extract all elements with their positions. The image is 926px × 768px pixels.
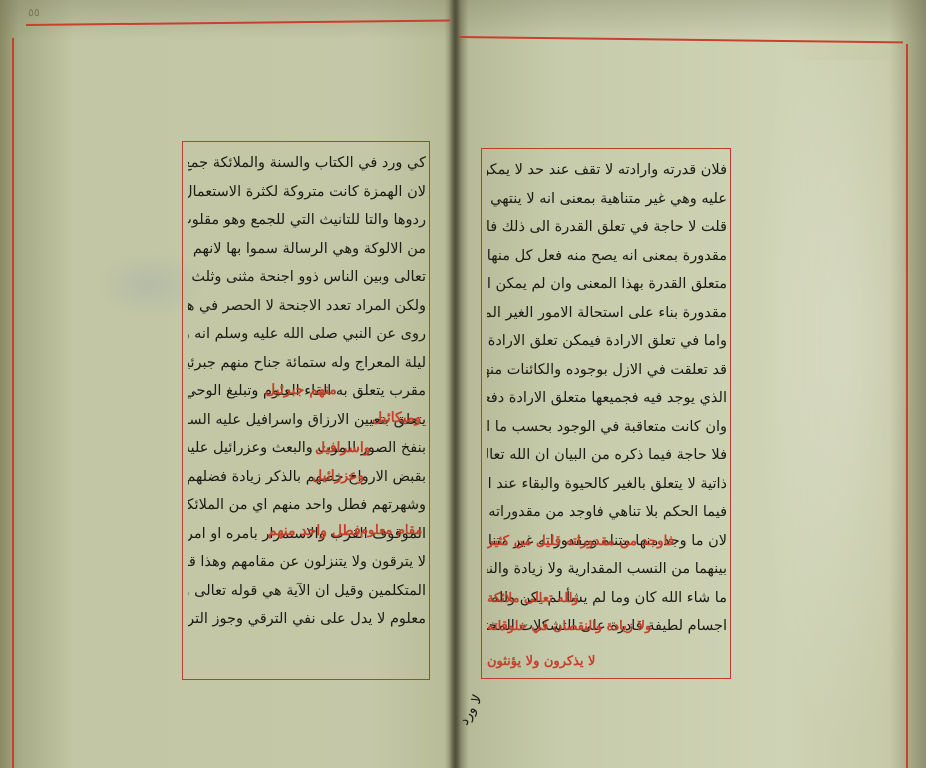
rubric: وعزرائيل	[312, 462, 364, 491]
text-line: بينهما من النسب المقدارية ولا زيادة والن…	[487, 555, 727, 584]
text-line: مقدورة بمعنى انه يصح منه فعل كل منها وتر…	[487, 242, 727, 271]
text-line: بقبض الارواح خصهم بالذكر زيادة فضلهم وشر…	[188, 463, 426, 492]
text-line: ذاتية لا يتعلق بالغير كالحيوة والبقاء عن…	[487, 470, 727, 499]
outer-rule-left	[12, 38, 14, 768]
text-line: الذي يوجد فيه فجميعها متعلق الارادة دفعة…	[487, 384, 727, 413]
manuscript-photo: ٥٥ كي ورد في الكتاب والسنة والملائكة جمع…	[0, 0, 926, 768]
text-line: قد تعلقت في الازل بوجوده والكائنات منها …	[487, 356, 727, 385]
text-line: وان كانت متعاقبة في الوجود بحسب ما اقتضا…	[487, 413, 727, 442]
rubric: ولا زيادة والنقصان في خلوقاته	[487, 613, 651, 642]
text-line: معلوم لا يدل على نفي الترقي وجوز الترقي …	[188, 605, 426, 634]
rubric: مقام معلوم	[360, 517, 422, 546]
rubric: منهم جبرئيل	[265, 376, 337, 405]
rubric: فطل واحد منهم	[268, 517, 361, 546]
text-line: عليه وهي غير متناهية بمعنى انه لا ينتهي …	[487, 185, 727, 214]
text-line: فلان قدرته وارادته لا تقف عند حد لا يمكن…	[487, 156, 727, 185]
text-line: متعلق القدرة بهذا المعنى وان لم يمكن اجت…	[487, 270, 727, 299]
outer-rule-top	[26, 20, 450, 26]
text-line: مقدورة بناء على استحالة الامور الغير الم…	[487, 299, 727, 328]
text-line: كي ورد في الكتاب والسنة والملائكة جمع مل…	[188, 149, 426, 178]
text-line: لا يترقون ولا يتنزلون عن مقامهم وهذا قول…	[188, 548, 426, 577]
text-line-content: ليلة المعراج وله ستمائة جناح منهم جبرئيل…	[188, 355, 426, 371]
text-line: واما في تعلق الارادة فيمكن تعلق الارادة …	[487, 327, 727, 356]
rubric: فاوجد من مقدوراته قليل من كثير	[487, 527, 674, 556]
right-page: فلان قدرته وارادته لا تقف عند حد لا يمكن…	[455, 0, 926, 768]
paper-glare	[755, 60, 905, 760]
rubric: لا يذكرون ولا يؤنثون	[487, 648, 595, 677]
text-line: ليلة المعراج وله ستمائة جناح منهم جبرئيل…	[188, 349, 426, 378]
text-line: ولكن المراد تعدد الاجنحة لا الحصر في هذه…	[188, 292, 426, 321]
outer-rule-right	[906, 44, 908, 768]
left-page: ٥٥ كي ورد في الكتاب والسنة والملائكة جمع…	[0, 0, 455, 768]
text-line: فلا حاجة فيما ذكره من البيان ان الله تعا…	[487, 441, 727, 470]
text-line: وشهرتهم فطل واحد منهم اي من الملائكة مقا…	[188, 491, 426, 520]
folio-number: ٥٥	[28, 6, 40, 19]
catchword: لا ورد	[456, 692, 486, 728]
text-line: من الالوكة وهي الرسالة سموا بها لانهم وس…	[188, 235, 426, 264]
rubric: وميكائيل	[372, 404, 421, 433]
text-line: روى عن النبي صلى الله عليه وسلم انه رأى …	[188, 320, 426, 349]
text-line: ردوها والتا للتانيث التي للجمع وهو مقلوب…	[188, 206, 426, 235]
text-line: المتكلمين وقيل ان الآية هي قوله تعالى وم…	[188, 577, 426, 606]
text-line: فيما الحكم بلا تناهي فاوجد من مقدوراته ق…	[487, 498, 727, 527]
rubric: ولله تعالى ملائكة	[487, 585, 579, 614]
text-line: قلت لا حاجة في تعلق القدرة الى ذلك فان ج…	[487, 213, 727, 242]
text-line: تعالى وبين الناس ذوو اجنحة مثنى وثلث ورب…	[188, 263, 426, 292]
text-line: لان الهمزة كانت متروكة لكثرة الاستعمال ف…	[188, 178, 426, 207]
outer-rule-top	[459, 36, 903, 43]
rubric: واسرافيل	[315, 434, 371, 463]
text-line: بنفخ الصور للموت والبعث وعزرائيل عليه ال…	[188, 434, 426, 463]
